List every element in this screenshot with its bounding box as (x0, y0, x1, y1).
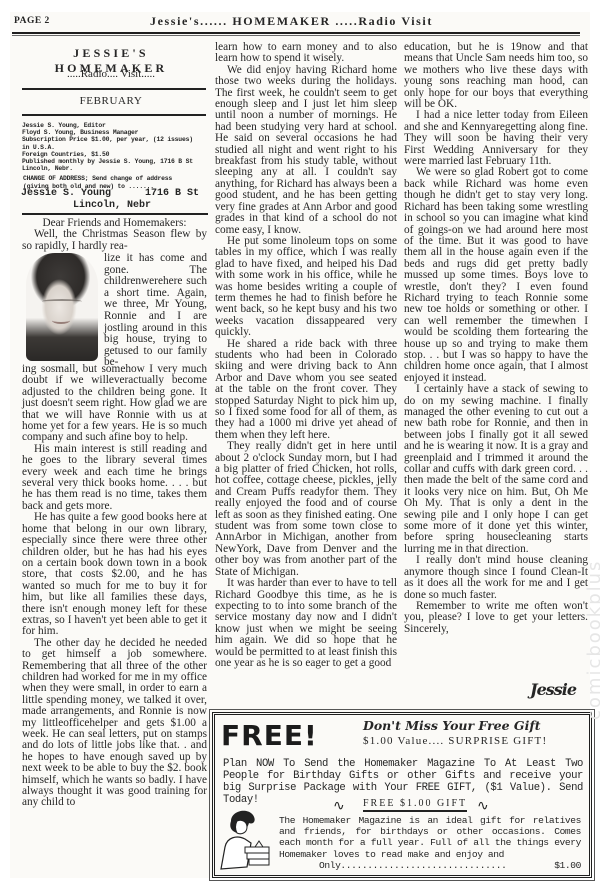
letter-paragraph: The other day he decided he needed to ge… (22, 638, 207, 809)
letter-paragraph: He has quite a few good books here at ho… (22, 512, 207, 637)
running-head: PAGE 2 Jessie's...... HOMEMAKER .....Rad… (10, 14, 578, 30)
editor-portrait-photo (26, 253, 98, 361)
swirl-ornament-right: ∿ (477, 798, 489, 815)
issue-month: FEBRUARY (16, 95, 206, 107)
letter-column-1: ing sosmall, but somehow I very much dou… (22, 364, 207, 809)
letter-paragraph: He shared a ride back with three student… (215, 339, 397, 442)
staff-line: Floyd S. Young, Business Manager (22, 129, 208, 136)
mailing-address: Jessie S. Young 1716 B St Lincoln, Nebr (21, 188, 199, 212)
letter-paragraph: education, but he is 19now and that mean… (404, 42, 588, 110)
letter-paragraph: lize it has come and gone. The childrenw… (104, 253, 207, 369)
address-city: Lincoln, Nebr (21, 200, 199, 212)
woman-holding-gifts-illustration (217, 807, 287, 871)
address-rule (22, 213, 208, 215)
staff-line: Published monthly by Jessie S. Young, 17… (22, 158, 208, 165)
free-gift-advertisement: FREE! Don't Miss Your Free Gift $1.00 Va… (212, 712, 592, 878)
letter-paragraph: We did enjoy having Richard home those t… (215, 65, 397, 236)
letter-paragraph: Well, the Christmas Season flew by so ra… (22, 229, 207, 252)
ad-headline: FREE! (221, 719, 318, 752)
scan-watermark: comicbookplus (584, 560, 600, 720)
address-name: Jessie S. Young (21, 188, 111, 200)
masthead-subtitle: .....Radio.... Visit..... (16, 68, 206, 80)
letter-paragraph: It was harder than ever to have to tell … (215, 578, 397, 669)
letter-paragraph: We were so glad Robert got to come back … (404, 167, 588, 384)
header-rule-thin (12, 35, 580, 36)
staff-line: Subscription Price $1.00, per year, (12 … (22, 136, 208, 143)
letter-paragraph: I had a nice letter today from Eileen an… (404, 110, 588, 167)
letter-paragraph: His main interest is still reading and h… (22, 444, 207, 512)
portrait-smile (52, 317, 70, 324)
change-of-address-line: CHANGE OF ADDRESS; Send change of addres… (23, 175, 208, 182)
ad-tagline: Don't Miss Your Free Gift (363, 718, 541, 733)
letter-paragraph: Remember to write me often won't you, pl… (404, 601, 588, 635)
running-title: Jessie's...... HOMEMAKER .....Radio Visi… (150, 14, 433, 29)
staff-line: Foreign Countries, $1.50 (22, 151, 208, 158)
ad-gift-title: FREE $1.00 GIFT (363, 798, 467, 812)
swirl-ornament-left: ∿ (333, 798, 345, 815)
staff-line: Lincoln, Nebr. (22, 165, 208, 172)
letter-paragraph: They really didn't get in here until abo… (215, 441, 397, 578)
portrait-eyes (42, 299, 82, 304)
letter-intro: Dear Friends and Homemakers: Well, the C… (22, 218, 207, 252)
price-value: $1.00 (554, 860, 581, 871)
letter-paragraph: He put some linoleum tops on some tables… (215, 236, 397, 339)
letter-column-2: learn how to earn money and to also lear… (215, 42, 397, 669)
ad-price-line: Only............................... $1.0… (279, 860, 581, 871)
masthead-rule-bottom (22, 114, 206, 116)
letter-paragraph: ing sosmall, but somehow I very much dou… (22, 364, 207, 444)
staff-line: Jessie S. Young, Editor (22, 122, 208, 129)
ad-gift-body: The Homemaker Magazine is an ideal gift … (279, 815, 581, 871)
page-number: PAGE 2 (14, 16, 50, 26)
signature: Jessie (530, 680, 576, 699)
masthead-rule-top (22, 88, 206, 90)
ad-gift-text: The Homemaker Magazine is an ideal gift … (279, 815, 581, 860)
price-label: Only............................... (319, 860, 507, 871)
letter-paragraph: I really don't mind house cleaning anymo… (404, 555, 588, 601)
letter-column-3: education, but he is 19now and that mean… (404, 42, 588, 635)
address-street: 1716 B St (145, 188, 199, 200)
ad-value-line: $1.00 Value.... SURPRISE GIFT! (363, 735, 547, 747)
header-rule (12, 32, 580, 34)
letter-paragraph: learn how to earn money and to also lear… (215, 42, 397, 65)
letter-wrap-text: lize it has come and gone. The childrenw… (104, 253, 207, 369)
staff-line: in U.S.A. (22, 144, 208, 151)
staff-box: Jessie S. Young, Editor Floyd S. Young, … (22, 122, 208, 190)
letter-paragraph: I certainly have a stack of sewing to do… (404, 384, 588, 555)
